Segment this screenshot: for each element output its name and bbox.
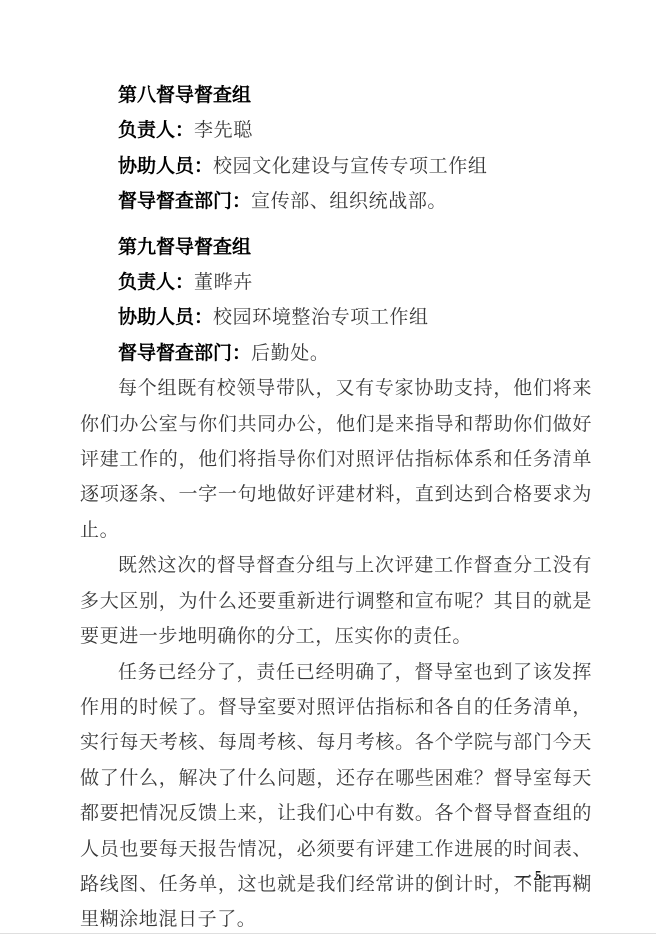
dept-label: 督导督查部门： [118, 191, 251, 212]
assist-line: 协助人员：校园文化建设与宣传专项工作组 [80, 149, 592, 184]
dept-label: 督导督查部门： [118, 343, 251, 364]
page-number: — 5 — [516, 868, 562, 884]
leader-label: 负责人： [118, 272, 194, 293]
assist-value: 校园环境整治专项工作组 [213, 307, 429, 328]
leader-label: 负责人： [118, 120, 194, 141]
group-section-8: 第八督导督查组 负责人：李先聪 协助人员：校园文化建设与宣传专项工作组 督导督查… [80, 78, 592, 220]
leader-name: 李先聪 [194, 120, 253, 141]
document-content: 第八督导督查组 负责人：李先聪 协助人员：校园文化建设与宣传专项工作组 督导督查… [80, 78, 592, 934]
body-paragraph-3: 任务已经分了，责任已经明确了，督导室也到了该发挥作用的时候了。督导室要对照评估指… [80, 655, 592, 934]
document-page: 第八督导督查组 负责人：李先聪 协助人员：校园文化建设与宣传专项工作组 督导督查… [0, 0, 656, 934]
leader-line: 负责人：董晔卉 [80, 265, 592, 300]
assist-label: 协助人员： [118, 156, 213, 177]
dept-value: 后勤处。 [251, 343, 329, 364]
body-paragraph-2: 既然这次的督导督查分组与上次评建工作督查分工没有多大区别，为什么还要重新进行调整… [80, 548, 592, 654]
group-title: 第八督导督查组 [80, 78, 592, 113]
group-title: 第九督导督查组 [80, 230, 592, 265]
dept-value: 宣传部、组织统战部。 [251, 191, 447, 212]
assist-line: 协助人员：校园环境整治专项工作组 [80, 300, 592, 335]
assist-label: 协助人员： [118, 307, 213, 328]
dept-line: 督导督查部门：宣传部、组织统战部。 [80, 184, 592, 219]
assist-value: 校园文化建设与宣传专项工作组 [213, 156, 487, 177]
body-paragraph-1: 每个组既有校领导带队，又有专家协助支持，他们将来你们办公室与你们共同办公，他们是… [80, 371, 592, 548]
dept-line: 督导督查部门：后勤处。 [80, 336, 592, 371]
leader-line: 负责人：李先聪 [80, 113, 592, 148]
group-section-9: 第九督导督查组 负责人：董晔卉 协助人员：校园环境整治专项工作组 督导督查部门：… [80, 230, 592, 372]
leader-name: 董晔卉 [194, 272, 253, 293]
